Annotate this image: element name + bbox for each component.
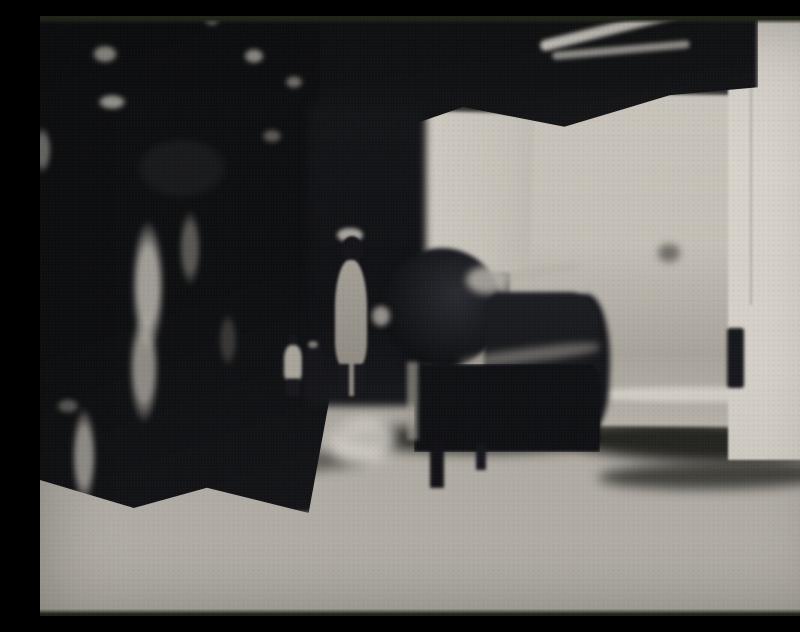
standing-person: [331, 226, 377, 396]
figure-legs: [286, 379, 300, 396]
person-coat: [335, 260, 367, 367]
ground-post: [476, 444, 486, 470]
wall-smudge: [658, 244, 680, 262]
figure-body: [284, 345, 302, 380]
person-legs: [339, 364, 365, 396]
trough-light-gap: [407, 362, 418, 440]
trees-shadow-left: [40, 16, 350, 513]
small-figure-dark: [304, 344, 324, 400]
machine-dome-glint: [466, 266, 508, 294]
small-glint: [372, 306, 390, 326]
top-border-band: [40, 16, 800, 24]
machine-trough: [414, 364, 600, 452]
ground-post: [430, 440, 444, 488]
bottom-border-band: [40, 609, 800, 616]
wall-dark-slot: [727, 328, 744, 388]
small-figure: [282, 334, 304, 396]
photograph: [40, 16, 800, 616]
